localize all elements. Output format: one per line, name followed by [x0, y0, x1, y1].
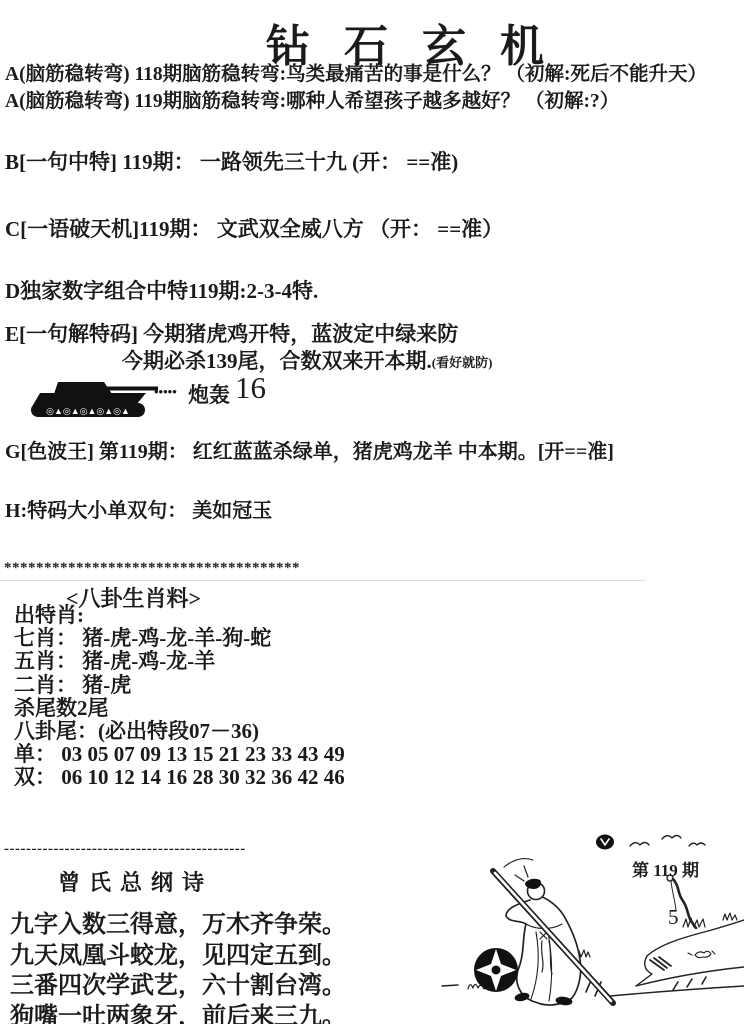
bagua-line-wuxiao: 五肖： 猪-虎-鸡-龙-羊: [14, 650, 345, 673]
tank-track-pattern: ◎▲◎▲◎▲◎▲◎▲: [46, 406, 130, 416]
tip-e-line1: E[一句解特码] 今期猪虎鸡开特，蓝波定中绿来防: [5, 318, 458, 348]
bagua-list: 出特肖: 七肖： 猪-虎-鸡-龙-羊-狗-蛇 五肖： 猪-虎-鸡-龙-羊 二肖：…: [14, 604, 345, 790]
cartoon-issue-label: 第 119 期: [632, 860, 699, 880]
tip-h-line: H:特码大小单双句： 美如冠玉: [5, 494, 272, 523]
cannon-label: 炮轰: [188, 379, 230, 409]
tank-icon: ◎▲◎▲◎▲◎▲◎▲: [28, 378, 160, 420]
poem-line: 九字入数三得意，万木齐争荣。: [10, 910, 346, 941]
bagua-line-baguawei: 八卦尾：(必出特段07－36): [14, 720, 345, 743]
star-divider: *************************************: [4, 560, 300, 577]
cartoon-illustration: 第 119 期 5: [440, 820, 744, 1024]
poem-line: 三番四次学武艺，六十割台湾。: [10, 971, 346, 1002]
tip-d-line: D独家数字组合中特119期:2-3-4特.: [5, 275, 318, 305]
hanging-number: 5: [668, 905, 679, 929]
man-figure: [506, 866, 581, 1006]
cannon-number: 16: [235, 370, 266, 406]
bagua-line-odd-numbers: 单： 03 05 07 09 13 15 21 23 33 43 49: [14, 743, 345, 766]
tip-b-line: B[一句中特] 119期： 一路领先三十九 (开： ==准): [5, 146, 458, 176]
tip-e-note: (看好就防): [432, 355, 493, 370]
bagua-line-even-numbers: 双： 06 10 12 14 16 28 30 32 36 42 46: [14, 766, 345, 789]
bagua-line-shaweishu: 杀尾数2尾: [14, 697, 345, 720]
bagua-line-erxiao: 二肖： 猪-虎: [14, 674, 345, 697]
poem-title: 曾氏总纲诗: [58, 866, 213, 897]
patterned-ball-icon: [474, 948, 518, 992]
tip-e-line2: 今期必杀139尾，合数双来开本期.(看好就防): [122, 345, 492, 375]
riddle-line-119: A(脑筋稳转弯) 119期脑筋稳转弯:哪种人希望孩子越多越好？ （初解:?）: [5, 89, 707, 116]
poem-line: 狗嘴一吐两象牙，前后来三九。: [10, 1002, 346, 1024]
black-badge-icon: [596, 835, 614, 850]
bagua-line-qixiao: 七肖： 猪-虎-鸡-龙-羊-狗-蛇: [14, 627, 345, 650]
cannon-banner: ◎▲◎▲◎▲◎▲◎▲ ••••• 炮轰 16: [28, 378, 288, 424]
motion-arc: [504, 859, 533, 867]
cannon-dots: •••••: [154, 384, 177, 400]
bagua-line-chuxiao: 出特肖:: [14, 604, 345, 627]
poem-line: 九天凤凰斗蛟龙，见四定五到。: [10, 941, 346, 972]
riddle-line-118: A(脑筋稳转弯) 118期脑筋稳转弯:鸟类最痛苦的事是什么？ （初解:死后不能升…: [5, 62, 707, 89]
birds-icon: [630, 836, 705, 847]
riddle-section: A(脑筋稳转弯) 118期脑筋稳转弯:鸟类最痛苦的事是什么？ （初解:死后不能升…: [5, 62, 707, 115]
dashed-divider: ----------------------------------------…: [4, 841, 246, 858]
tip-e-line2-text: 今期必杀139尾，合数双来开本期.: [122, 349, 432, 373]
tip-c-line: C[一语破天机]119期： 文武双全威八方 （开： ==准）: [5, 213, 503, 243]
tip-g-line: G[色波王] 第119期： 红红蓝蓝杀绿单，猪虎鸡龙羊 中本期。[开==准]: [5, 435, 614, 464]
poem-block: 九字入数三得意，万木齐争荣。 九天凤凰斗蛟龙，见四定五到。 三番四次学武艺，六十…: [10, 910, 346, 1024]
scan-rule: [0, 580, 645, 581]
